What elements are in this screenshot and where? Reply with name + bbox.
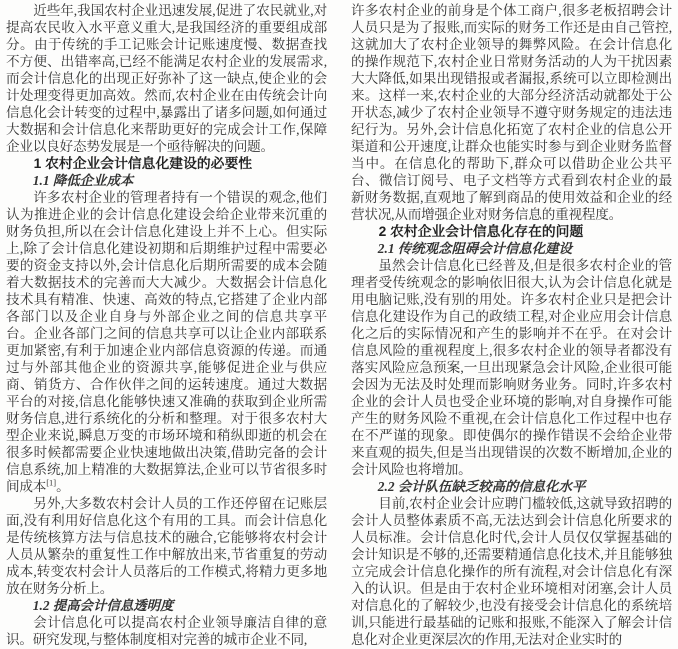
paragraph-cost-reduction: 许多农村企业的管理者持有一个错误的观念,他们认为推进企业的会计信息化建设会给企业… [6, 189, 327, 495]
paragraph-transparency-continued: 许多农村企业的前身是个体工商户,很多老板招聘会计人员只是为了报账,而实际的财务工… [351, 2, 672, 223]
article-page: 近些年,我国农村企业迅速发展,促进了农民就业,对提高农民收入水平意义重大,是我国… [0, 0, 678, 649]
right-column: 许多农村企业的前身是个体工商户,很多老板招聘会计人员只是为了报账,而实际的财务工… [351, 2, 672, 649]
subsection-1-2-heading: 1.2 提高会计信息透明度 [6, 597, 327, 614]
paragraph-transparency-start: 会计信息化可以提高农村企业领导廉洁自律的意识。研究发现,与整体制度相对完善的城市… [6, 614, 327, 648]
section-2-heading: 2 农村企业会计信息化存在的问题 [351, 223, 672, 240]
paragraph-text: 许多农村企业的管理者持有一个错误的观念,他们认为推进企业的会计信息化建设会给企业… [6, 190, 327, 494]
paragraph-staff-quality: 目前,农村企业会计应聘门槛较低,这就导致招聘的会计人员整体素质不高,无法达到会计… [351, 495, 672, 648]
intro-paragraph: 近些年,我国农村企业迅速发展,促进了农民就业,对提高农民收入水平意义重大,是我国… [6, 2, 327, 155]
paragraph-bookkeeping-tools: 另外,大多数农村会计人员的工作还停留在记账层面,没有利用好信息化这个有用的工具。… [6, 495, 327, 597]
subsection-2-2-heading: 2.2 会计队伍缺乏较高的信息化水平 [351, 478, 672, 495]
paragraph-text: 。 [56, 479, 69, 494]
subsection-2-1-heading: 2.1 传统观念阻碍会计信息化建设 [351, 240, 672, 257]
paragraph-traditional-concepts: 虽然会计信息化已经普及,但是很多农村企业的管理者受传统观念的影响依旧很大,认为会… [351, 257, 672, 478]
section-1-heading: 1 农村企业会计信息化建设的必要性 [6, 155, 327, 172]
subsection-1-1-heading: 1.1 降低企业成本 [6, 172, 327, 189]
left-column: 近些年,我国农村企业迅速发展,促进了农民就业,对提高农民收入水平意义重大,是我国… [6, 2, 327, 649]
citation-1-marker: [1] [46, 477, 56, 487]
